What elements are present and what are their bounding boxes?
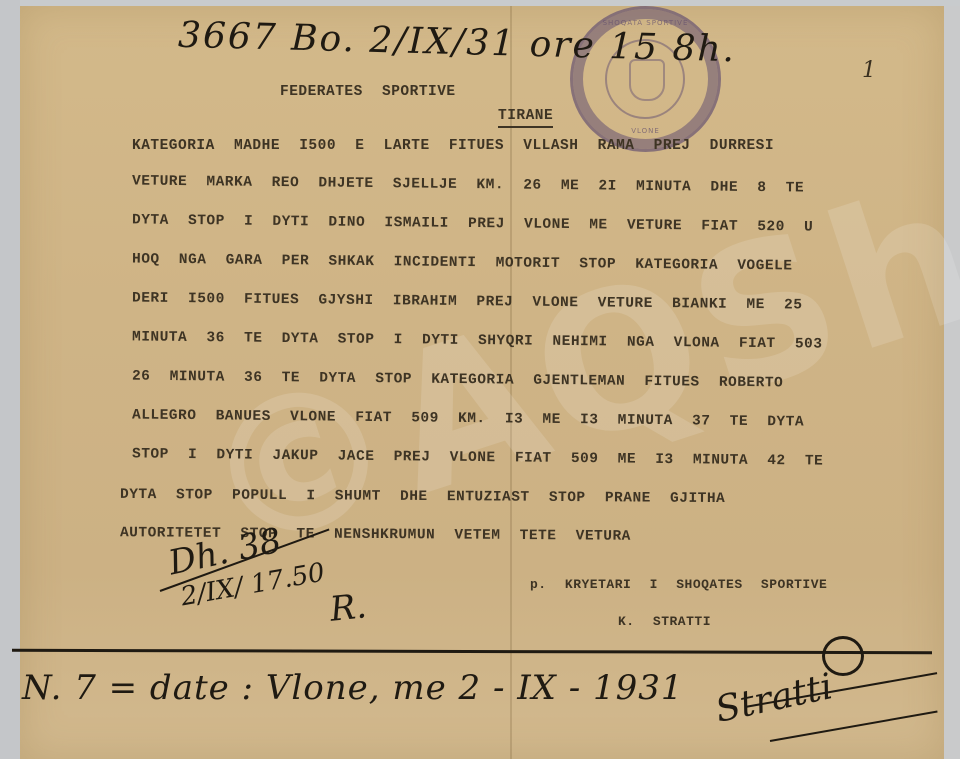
signatory-title: p. KRYETARI I SHOQATES SPORTIVE bbox=[530, 577, 827, 592]
address-line-1: FEDERATES SPORTIVE bbox=[280, 84, 456, 100]
received-note-initial: R. bbox=[328, 586, 368, 630]
handwritten-footer: N. 7 = date : Vlone, me 2 - IX - 1931 bbox=[22, 668, 684, 708]
body-line: KATEGORIA MADHE I500 E LARTE FITUES VLLA… bbox=[132, 138, 774, 154]
address-line-2: TIRANE bbox=[498, 108, 553, 128]
signatory-name: K. STRATTI bbox=[618, 614, 711, 629]
stamp-text-bottom: VLONE bbox=[573, 127, 718, 135]
page-number: 1 bbox=[862, 58, 876, 83]
scan-margin-left bbox=[0, 0, 20, 759]
